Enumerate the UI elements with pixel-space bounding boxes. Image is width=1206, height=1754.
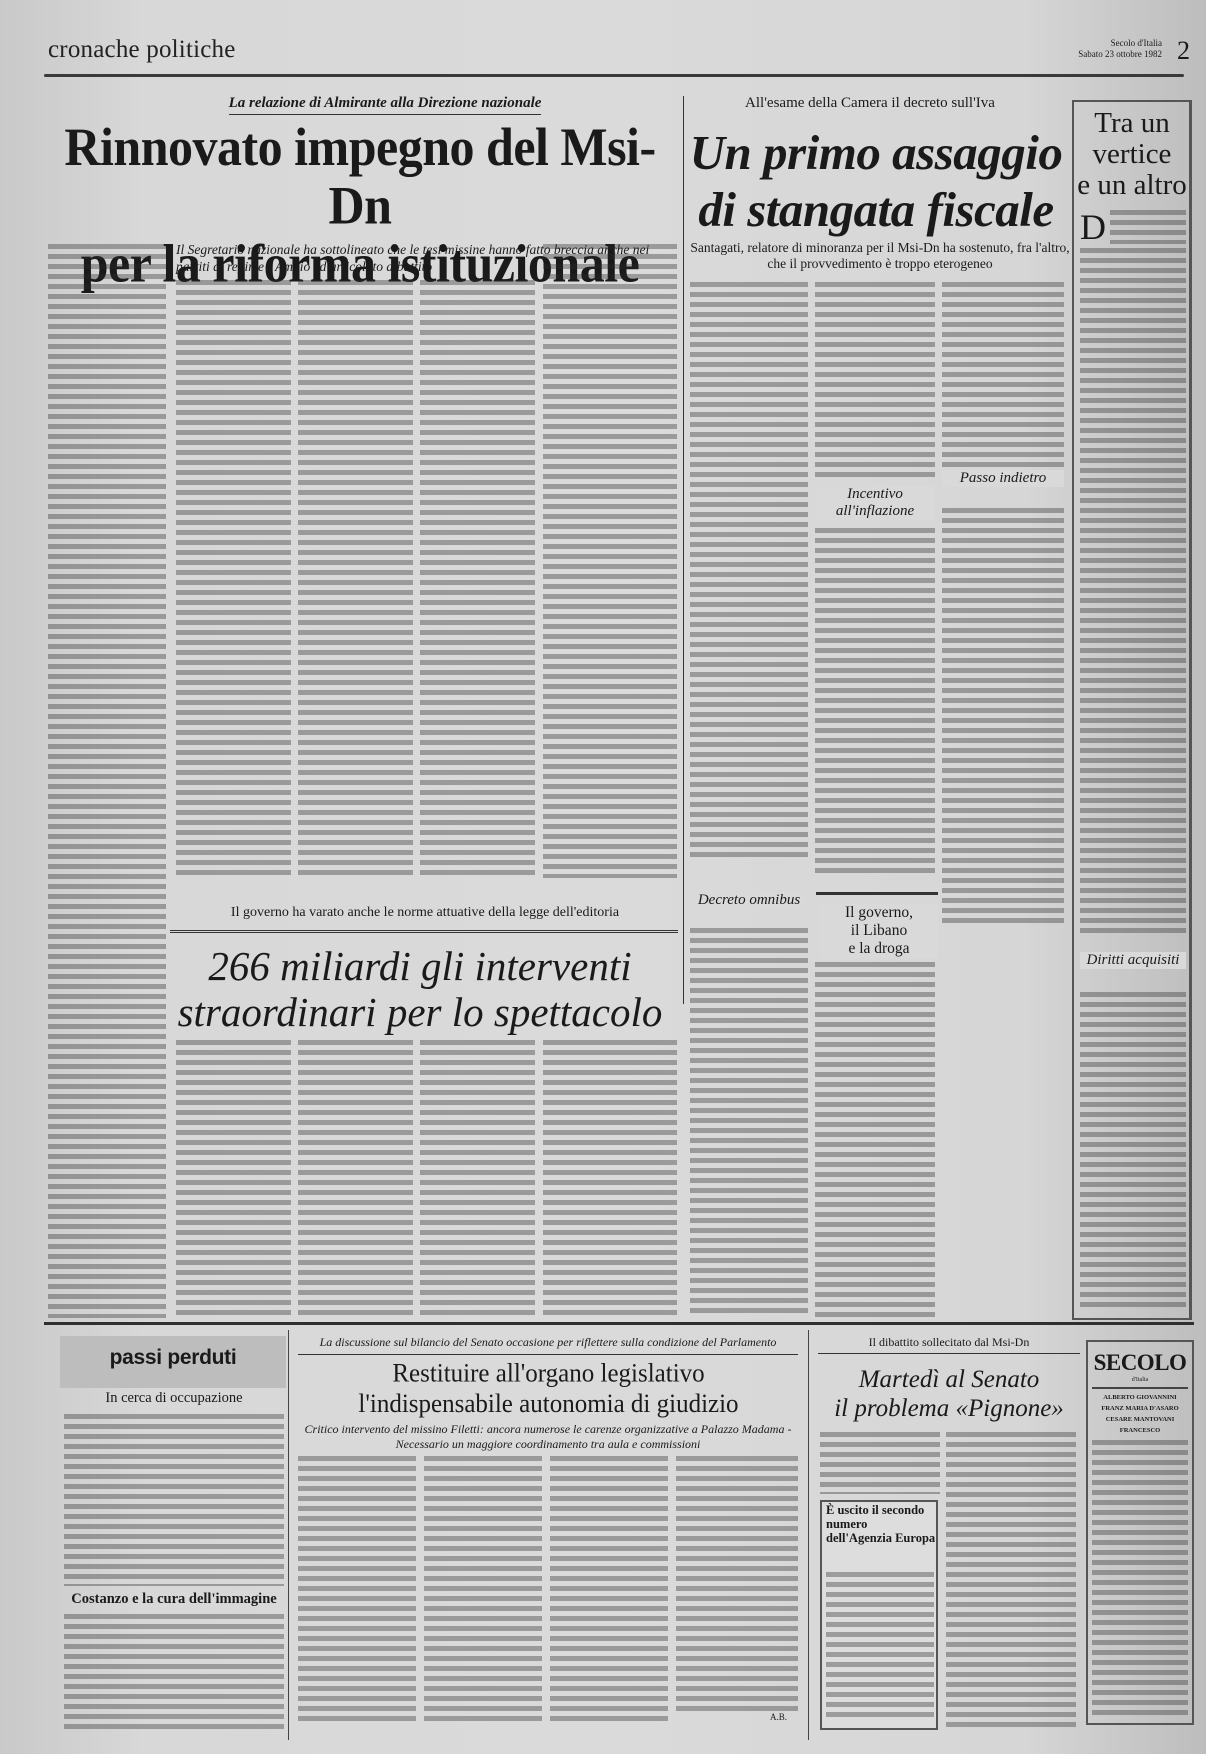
passi-item1-text	[64, 1414, 284, 1586]
iva-column-2	[815, 282, 935, 482]
passi-item2-text	[64, 1614, 284, 1730]
iva-column-1	[690, 282, 808, 862]
iva-headline: Un primo assaggio di stangata fiscale	[686, 124, 1066, 238]
spettacolo-column-1	[176, 1040, 291, 1318]
parlamento-deck: Critico intervento del missino Filetti: …	[298, 1422, 798, 1452]
lead-column-4	[420, 280, 535, 878]
column-rule	[683, 96, 684, 1004]
sidebar-column-a	[1110, 210, 1186, 244]
secolo-rule	[1092, 1387, 1188, 1389]
pignone-headline: Martedì al Senato il problema «Pignone»	[820, 1365, 1078, 1423]
iva-subhead-inflazione: Incentivo all'inflazione	[815, 486, 935, 520]
spettacolo-column-4	[543, 1040, 677, 1318]
lead-column-2	[176, 280, 291, 878]
page-number: 2	[1177, 36, 1190, 66]
iva-deck: Santagati, relatore di minoranza per il …	[690, 240, 1070, 272]
iva-subhead-decreto: Decreto omnibus	[692, 892, 806, 909]
parlamento-kicker: La discussione sul bilancio del Senato o…	[298, 1335, 798, 1355]
parlamento-headline: Restituire all'organo legislativo l'indi…	[296, 1359, 801, 1420]
sidebar-column-c	[1080, 992, 1186, 1312]
iva-column-1b	[690, 928, 808, 1318]
libano-rule	[816, 892, 938, 895]
issue-date: Sabato 23 ottobre 1982	[1078, 49, 1162, 60]
parlamento-column-3	[550, 1456, 668, 1726]
lead-column-3	[298, 280, 413, 878]
parlamento-column-1	[298, 1456, 416, 1726]
spettacolo-headline: 266 miliardi gli interventi straordinari…	[160, 943, 680, 1035]
newspaper-page: cronache politiche Secolo d'Italia Sabat…	[0, 0, 1206, 1754]
sidebar-dropcap: D	[1080, 210, 1106, 244]
section-title: cronache politiche	[48, 36, 236, 64]
europa-headline: È uscito il secondo numero dell'Agenzia …	[826, 1503, 936, 1545]
libano-column	[815, 962, 935, 1318]
pignone-column-2	[946, 1432, 1076, 1728]
libano-headline: Il governo, il Libano e la droga	[820, 904, 938, 958]
parlamento-column-4	[676, 1456, 798, 1712]
lead-column-1	[48, 244, 166, 1318]
iva-column-2b	[815, 528, 935, 878]
secolo-subtitle: d'Italia	[1088, 1377, 1192, 1383]
pignone-kicker: Il dibattito sollecitato dal Msi-Dn	[818, 1335, 1080, 1350]
column-rule	[808, 1330, 809, 1740]
sidebar-column-b	[1080, 248, 1186, 938]
sidebar-subhead: Diritti acquisiti	[1080, 952, 1186, 969]
iva-subhead-passo: Passo indietro	[942, 470, 1064, 487]
parlamento-column-2	[424, 1456, 542, 1726]
iva-kicker: All'esame della Camera il decreto sull'I…	[700, 95, 1040, 112]
iva-column-3b	[942, 508, 1064, 928]
spettacolo-column-3	[420, 1040, 535, 1318]
spettacolo-rule	[170, 930, 678, 933]
masthead-name: Secolo d'Italia	[1078, 38, 1162, 49]
spettacolo-column-2	[298, 1040, 413, 1318]
secolo-title: SECOLO	[1088, 1350, 1192, 1376]
iva-column-3	[942, 282, 1064, 472]
masthead-date: Secolo d'Italia Sabato 23 ottobre 1982	[1078, 38, 1162, 60]
pignone-column-1	[820, 1432, 940, 1494]
secolo-names: ALBERTO GIOVANNINI FRANZ MARIA D'ASARO C…	[1090, 1392, 1190, 1436]
column-rule	[288, 1330, 289, 1740]
sidebar-box-title: Tra un vertice e un altro	[1074, 108, 1190, 201]
passi-item1-title: In cerca di occupazione	[64, 1390, 284, 1407]
bottom-rule	[44, 1322, 1194, 1325]
lead-kicker: La relazione di Almirante alla Direzione…	[150, 95, 620, 112]
lead-column-5	[543, 244, 677, 878]
secolo-text	[1092, 1440, 1188, 1720]
passi-item2-title: Costanzo e la cura dell'immagine	[64, 1591, 284, 1608]
europa-text	[826, 1572, 934, 1722]
spettacolo-kicker: Il governo ha varato anche le norme attu…	[180, 905, 670, 921]
pignone-kicker-rule	[818, 1353, 1080, 1354]
passi-perduti-title: passi perduti	[60, 1346, 286, 1370]
parlamento-signature: A.B.	[770, 1712, 787, 1722]
top-rule	[44, 74, 1184, 77]
